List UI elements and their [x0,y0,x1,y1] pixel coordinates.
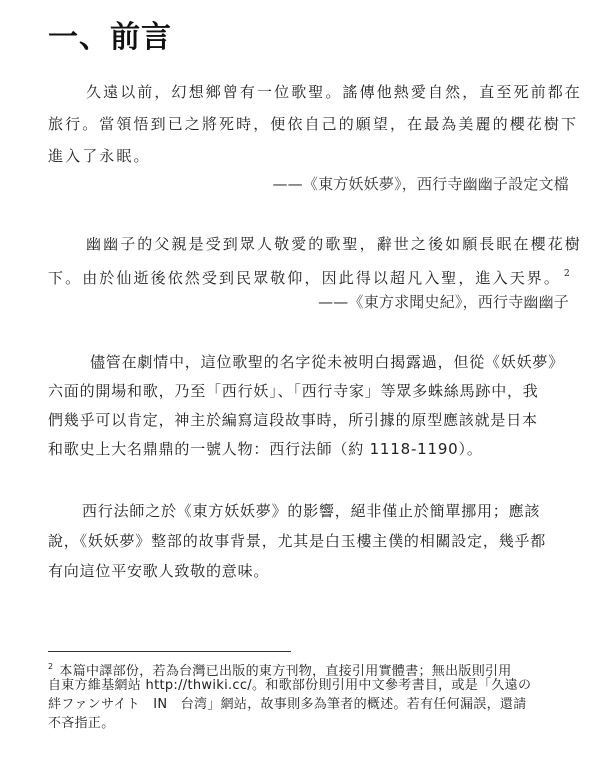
section-heading: 一、前言 [48,12,172,56]
footnote-separator [48,651,291,652]
quote-line: 下。由於仙逝後依然受到民眾敬仰，因此得以超凡入聖，進入天界。2 [48,264,570,288]
paragraph-line: 有向這位平安歌人致敬的意味。 [48,561,269,581]
document-page: 一、前言 久遠以前，幻想鄉曾有一位歌聖。謠傳他熱愛自然，直至死前都在 旅行。當領… [0,0,599,759]
quote-text: 下。由於仙逝後依然受到民眾敬仰，因此得以超凡入聖，進入天界。 [48,269,561,287]
footnote-mark: 2 [48,662,53,671]
quote-citation: ——《東方求聞史紀》，西行寺幽幽子 [318,292,569,312]
quote-line: 久遠以前，幻想鄉曾有一位歌聖。謠傳他熱愛自然，直至死前都在 [86,82,582,102]
footnote-line: 絆ファンサイト IN 台湾」網站，故事則多為筆者的概述。若有任何漏誤，還請 [48,696,527,714]
quote-line: 幽幽子的父親是受到眾人敬愛的歌聖，辭世之後如願長眠在櫻花樹 [86,234,582,254]
paragraph-line: 說，《妖妖夢》整部的故事背景，尤其是白玉樓主僕的相關設定，幾乎都 [48,531,546,551]
paragraph-line: 西行法師之於《東方妖妖夢》的影響，絕非僅止於簡單挪用；應該 [82,501,540,521]
quote-line: 旅行。當領悟到已之將死時，便依自己的願望，在最為美麗的櫻花樹下 [48,114,578,134]
footnote-reference[interactable]: 2 [564,269,570,279]
paragraph-line: 六面的開場和歌，乃至「西行妖」、「西行寺家」等眾多蛛絲馬跡中，我 [48,381,539,401]
paragraph-line: 們幾乎可以肯定，神主於編寫這段故事時，所引據的原型應該就是日本 [48,410,538,430]
paragraph-line: 儘管在劇情中，這位歌聖的名字從未被明白揭露過，但從《妖妖夢》 [90,352,564,372]
quote-line: 進入了永眠。 [48,146,151,166]
footnote-line: 不吝指正。 [48,715,115,733]
paragraph-line: 和歌史上大名鼎鼎的一號人物：西行法師（約 1118-1190）。 [48,439,483,459]
footnote-line: 自東方維基網站 http://thwiki.cc/。和歌部份則引用中文參考書目，… [48,677,531,695]
quote-citation: ——《東方妖妖夢》，西行寺幽幽子設定文檔 [272,174,569,194]
